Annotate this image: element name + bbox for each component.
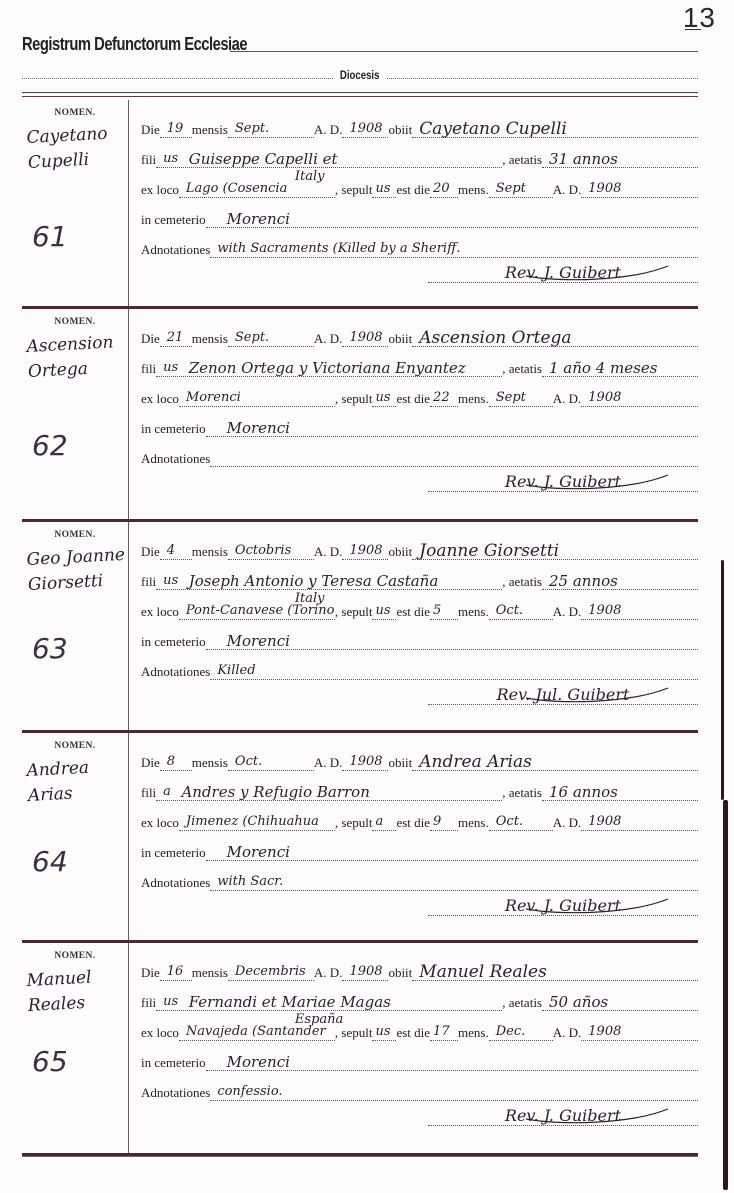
death-date-line: Die 21 mensis Sept. A. D. 1908 obiit Asc… [141, 327, 698, 347]
origin-place-field: Navajeda (SantanderEspaña [179, 1022, 335, 1041]
sepult-suffix-field: a [372, 812, 396, 831]
parents-line: fili us Guiseppe Capelli et , aetatis 31… [141, 148, 698, 168]
handwritten-mensis: Octobris [231, 543, 291, 559]
parents-line: fili a Andres y Refugio Barron , aetatis… [141, 781, 698, 801]
handwritten-fili-suffix: us [159, 573, 178, 589]
sepult-suffix-field: us [372, 388, 396, 407]
entry-body: Die 19 mensis Sept. A. D. 1908 obiit Cay… [129, 100, 698, 306]
handwritten-sepultus-mens: Dec. [492, 1024, 526, 1040]
deceased-name-field: Cayetano Cupelli [412, 119, 698, 138]
handwritten-sepultus-die: 20 [433, 181, 450, 197]
death-date-line: Die 16 mensis Decembris A. D. 1908 obiit… [141, 961, 698, 981]
ad-label: A. D. [314, 329, 343, 347]
handwritten-sepultus-mens: Sept [492, 390, 526, 406]
parents-line: fili us Fernandi et Mariae Magas , aetat… [141, 991, 698, 1011]
entry-body: Die 16 mensis Decembris A. D. 1908 obiit… [129, 943, 698, 1153]
bottom-rule [22, 1156, 698, 1157]
deceased-name-field: Joanne Giorsetti [412, 541, 698, 560]
handwritten-adnotationes: confessio. [213, 1084, 282, 1100]
handwritten-mensis: Oct. [231, 754, 262, 770]
handwritten-sepultus-die: 22 [433, 390, 450, 406]
handwritten-ex-loco: Lago (Cosencia [182, 181, 287, 197]
est-die-label: est die [396, 389, 430, 407]
in-cemeterio-label: in cemeterio [141, 419, 206, 437]
age-field: 31 annos [542, 149, 698, 168]
cemetery-field: Morenci [206, 1052, 698, 1071]
mensis-label: mensis [192, 542, 228, 560]
burial-day-field: 20 [430, 179, 458, 198]
ex-loco-label: ex loco [141, 602, 179, 620]
entry-number: 65 [32, 1045, 68, 1078]
diocese-row: Diocesis [22, 68, 698, 82]
nomen-label: NOMEN. [22, 317, 128, 327]
handwritten-cemeterio: Morenci [209, 420, 290, 436]
handwritten-anno: 1908 [345, 543, 382, 559]
signature-flourish-icon [518, 461, 678, 493]
handwritten-sepultus-mens: Oct. [492, 603, 523, 619]
sepult-label: sepult [341, 389, 372, 407]
adnotationes-label: Adnotationes [141, 1083, 210, 1101]
cemetery-field: Morenci [206, 418, 698, 437]
handwritten-sepult-suffix: us [375, 390, 390, 406]
burial-year-field: 1908 [581, 601, 698, 620]
handwritten-anno: 1908 [345, 964, 382, 980]
cemetery-field: Morenci [206, 209, 698, 228]
diocese-label: Diocesis [339, 68, 382, 82]
ad-label-2: A. D. [553, 602, 582, 620]
ad-label: A. D. [314, 963, 343, 981]
handwritten-sepultus-anno: 1908 [584, 390, 621, 406]
cemetery-field: Morenci [206, 631, 698, 650]
sepult-label: sepult [341, 1023, 372, 1041]
parents-line: fili us Joseph Antonio y Teresa Castaña … [141, 570, 698, 590]
handwritten-cemeterio: Morenci [209, 211, 290, 227]
burial-month-field: Sept [489, 179, 553, 198]
handwritten-anno: 1908 [345, 754, 382, 770]
handwritten-adnotationes: with Sacr. [213, 874, 283, 890]
mens-label: mens. [458, 180, 489, 198]
handwritten-die: 19 [163, 121, 184, 137]
cemetery-line: in cemeterio Morenci [141, 841, 698, 861]
parents-field: us Fernandi et Mariae Magas [156, 992, 502, 1011]
death-year-field: 1908 [342, 119, 388, 138]
handwritten-die: 4 [163, 543, 175, 559]
nomen-column: NOMEN. Ascension Ortega 62 [22, 309, 129, 519]
cemetery-line: in cemeterio Morenci [141, 1051, 698, 1071]
adnotationes-label: Adnotationes [141, 449, 210, 467]
mens-label: mens. [458, 1023, 489, 1041]
age-field: 25 annos [542, 571, 698, 590]
page-edge-stain [721, 560, 724, 800]
handwritten-sepultus-die: 9 [433, 814, 441, 830]
est-die-label: est die [396, 1023, 430, 1041]
nomen-column: NOMEN. Cayetano Cupelli 61 [22, 100, 129, 306]
entry-body: Die 4 mensis Octobris A. D. 1908 obiit J… [129, 522, 698, 730]
est-die-label: est die [396, 602, 430, 620]
mensis-label: mensis [192, 963, 228, 981]
origin-burial-line: ex loco Morenci , sepult us est die 22 m… [141, 387, 698, 407]
death-month-field: Sept. [228, 119, 314, 138]
register-title-row: Registrum Defunctorum Ecclesiae [22, 34, 698, 55]
deceased-name-field: Manuel Reales [412, 962, 698, 981]
sepult-suffix-field: us [372, 179, 396, 198]
death-month-field: Octobris [228, 541, 314, 560]
handwritten-aetatis: 50 años [545, 994, 608, 1010]
burial-year-field: 1908 [581, 388, 698, 407]
entry-number: 64 [32, 845, 68, 878]
mensis-label: mensis [192, 120, 228, 138]
handwritten-sepultus-anno: 1908 [584, 1024, 621, 1040]
signature-flourish-icon [518, 252, 678, 284]
fili-label: fili [141, 993, 156, 1011]
register-entry: NOMEN. Cayetano Cupelli 61 Die 19 mensis… [22, 100, 698, 309]
handwritten-fili-suffix: us [159, 151, 178, 167]
origin-country-note: Italy [291, 169, 325, 185]
obiit-label: obiit [388, 963, 412, 981]
in-cemeterio-label: in cemeterio [141, 843, 206, 861]
mensis-label: mensis [192, 329, 228, 347]
handwritten-obiit: Ascension Ortega [415, 330, 571, 346]
parents-line: fili us Zenon Ortega y Victoriana Enyant… [141, 357, 698, 377]
handwritten-parents: Guiseppe Capelli et [185, 151, 338, 167]
origin-country-note: España [291, 1012, 343, 1028]
handwritten-sepult-suffix: us [375, 1024, 390, 1040]
est-die-label: est die [396, 813, 430, 831]
handwritten-fili-suffix: a [159, 784, 171, 800]
handwritten-aetatis: 31 annos [545, 151, 618, 167]
handwritten-sepult-suffix: us [375, 181, 390, 197]
mens-label: mens. [458, 389, 489, 407]
diocese-fill-left [22, 78, 333, 79]
death-day-field: 19 [160, 119, 192, 138]
nomen-label: NOMEN. [22, 530, 128, 540]
handwritten-die: 8 [163, 754, 175, 770]
ex-loco-label: ex loco [141, 180, 179, 198]
origin-place-field: Pont-Canavese (TorinoItaly [179, 601, 335, 620]
handwritten-sepultus-mens: Oct. [492, 814, 523, 830]
handwritten-adnotationes: with Sacraments (Killed by a Sheriff. [213, 241, 460, 257]
handwritten-die: 21 [163, 330, 184, 346]
sepult-suffix-field: us [372, 601, 396, 620]
obiit-label: obiit [388, 329, 412, 347]
burial-year-field: 1908 [581, 1022, 698, 1041]
death-year-field: 1908 [342, 752, 388, 771]
nomen-name: Cayetano Cupelli [26, 121, 128, 176]
comma: , [335, 602, 338, 620]
handwritten-sepult-suffix: us [375, 603, 390, 619]
obiit-label: obiit [388, 753, 412, 771]
origin-place-field: Jimenez (Chihuahua [179, 812, 335, 831]
handwritten-parents: Zenon Ortega y Victoriana Enyantez [185, 360, 466, 376]
origin-burial-line: ex loco Lago (CosenciaItaly , sepult us … [141, 178, 698, 198]
nomen-column: NOMEN. Geo Joanne Giorsetti 63 [22, 522, 129, 730]
die-label: Die [141, 120, 160, 138]
burial-day-field: 22 [430, 388, 458, 407]
origin-burial-line: ex loco Jimenez (Chihuahua , sepult a es… [141, 811, 698, 831]
signature-flourish-icon [518, 1095, 678, 1127]
aetatis-label: , aetatis [502, 783, 542, 801]
entry-body: Die 21 mensis Sept. A. D. 1908 obiit Asc… [129, 309, 698, 519]
header-double-rule [22, 92, 698, 97]
handwritten-obiit: Manuel Reales [415, 964, 547, 980]
handwritten-sepultus-anno: 1908 [584, 603, 621, 619]
nomen-label: NOMEN. [22, 108, 128, 118]
aetatis-label: , aetatis [502, 993, 542, 1011]
comma: , [335, 389, 338, 407]
ex-loco-label: ex loco [141, 813, 179, 831]
handwritten-anno: 1908 [345, 330, 382, 346]
handwritten-sepultus-anno: 1908 [584, 814, 621, 830]
deceased-name-field: Andrea Arias [412, 752, 698, 771]
obiit-label: obiit [388, 542, 412, 560]
death-year-field: 1908 [342, 328, 388, 347]
handwritten-sepultus-anno: 1908 [584, 181, 621, 197]
priest-signature: Rev. J. Guibert [428, 469, 698, 492]
fili-label: fili [141, 783, 156, 801]
handwritten-fili-suffix: us [159, 994, 178, 1010]
handwritten-ex-loco: Morenci [182, 390, 241, 406]
aetatis-label: , aetatis [502, 150, 542, 168]
nomen-name: Geo Joanne Giorsetti [26, 543, 128, 598]
burial-year-field: 1908 [581, 812, 698, 831]
cemetery-line: in cemeterio Morenci [141, 208, 698, 228]
origin-burial-line: ex loco Navajeda (SantanderEspaña , sepu… [141, 1021, 698, 1041]
church-name-field [230, 50, 698, 52]
nomen-column: NOMEN. Manuel Reales 65 [22, 943, 129, 1153]
in-cemeterio-label: in cemeterio [141, 632, 206, 650]
die-label: Die [141, 542, 160, 560]
handwritten-sepultus-die: 5 [433, 603, 441, 619]
handwritten-fili-suffix: us [159, 360, 178, 376]
origin-place-field: Lago (CosenciaItaly [179, 179, 335, 198]
page-edge-stain-lower [723, 800, 728, 1190]
age-field: 16 annos [542, 782, 698, 801]
ad-label-2: A. D. [553, 389, 582, 407]
adnotationes-label: Adnotationes [141, 873, 210, 891]
est-die-label: est die [396, 180, 430, 198]
death-day-field: 4 [160, 541, 192, 560]
deceased-name-field: Ascension Ortega [412, 328, 698, 347]
die-label: Die [141, 753, 160, 771]
ad-label-2: A. D. [553, 1023, 582, 1041]
handwritten-aetatis: 25 annos [545, 573, 618, 589]
death-day-field: 16 [160, 962, 192, 981]
comma: , [335, 180, 338, 198]
fili-label: fili [141, 359, 156, 377]
register-entry: NOMEN. Geo Joanne Giorsetti 63 Die 4 men… [22, 522, 698, 733]
register-entry: NOMEN. Andrea Arias 64 Die 8 mensis Oct.… [22, 733, 698, 943]
signature-flourish-icon [518, 885, 678, 917]
death-month-field: Decembris [228, 962, 314, 981]
entry-number: 63 [32, 632, 68, 665]
age-field: 50 años [542, 992, 698, 1011]
cemetery-field: Morenci [206, 842, 698, 861]
handwritten-die: 16 [163, 964, 184, 980]
diocese-fill-right [387, 78, 698, 79]
ex-loco-label: ex loco [141, 389, 179, 407]
ad-label: A. D. [314, 120, 343, 138]
handwritten-mensis: Decembris [231, 964, 306, 980]
entry-number: 61 [32, 220, 68, 253]
comma: , [335, 813, 338, 831]
death-year-field: 1908 [342, 962, 388, 981]
origin-country-note: Italy [291, 591, 325, 607]
ex-loco-label: ex loco [141, 1023, 179, 1041]
register-title: Registrum Defunctorum Ecclesiae [22, 34, 194, 55]
handwritten-aetatis: 1 año 4 meses [545, 360, 657, 376]
mens-label: mens. [458, 602, 489, 620]
handwritten-cemeterio: Morenci [209, 844, 290, 860]
priest-signature: Rev. Jul. Guibert [428, 682, 698, 705]
priest-signature: Rev. J. Guibert [428, 1103, 698, 1126]
obiit-label: obiit [388, 120, 412, 138]
parents-field: us Joseph Antonio y Teresa Castaña [156, 571, 502, 590]
handwritten-ex-loco: Jimenez (Chihuahua [182, 814, 319, 830]
burial-month-field: Oct. [489, 812, 553, 831]
nomen-name: Andrea Arias [26, 754, 128, 809]
fili-label: fili [141, 572, 156, 590]
register-entry: NOMEN. Manuel Reales 65 Die 16 mensis De… [22, 943, 698, 1156]
burial-day-field: 17 [430, 1022, 458, 1041]
in-cemeterio-label: in cemeterio [141, 1053, 206, 1071]
death-date-line: Die 19 mensis Sept. A. D. 1908 obiit Cay… [141, 118, 698, 138]
ad-label: A. D. [314, 753, 343, 771]
death-day-field: 8 [160, 752, 192, 771]
parents-field: us Zenon Ortega y Victoriana Enyantez [156, 358, 502, 377]
origin-place-field: Morenci [179, 388, 335, 407]
aetatis-label: , aetatis [502, 572, 542, 590]
age-field: 1 año 4 meses [542, 358, 698, 377]
nomen-label: NOMEN. [22, 951, 128, 961]
handwritten-obiit: Cayetano Cupelli [415, 121, 567, 137]
handwritten-aetatis: 16 annos [545, 784, 618, 800]
handwritten-parents: Fernandi et Mariae Magas [185, 994, 391, 1010]
nomen-label: NOMEN. [22, 741, 128, 751]
sepult-label: sepult [341, 180, 372, 198]
death-day-field: 21 [160, 328, 192, 347]
handwritten-anno: 1908 [345, 121, 382, 137]
death-month-field: Oct. [228, 752, 314, 771]
burial-month-field: Dec. [489, 1022, 553, 1041]
ad-label-2: A. D. [553, 180, 582, 198]
death-date-line: Die 8 mensis Oct. A. D. 1908 obiit Andre… [141, 751, 698, 771]
burial-year-field: 1908 [581, 179, 698, 198]
nomen-column: NOMEN. Andrea Arias 64 [22, 733, 129, 940]
handwritten-mensis: Sept. [231, 330, 269, 346]
handwritten-mensis: Sept. [231, 121, 269, 137]
handwritten-sepultus-die: 17 [433, 1024, 450, 1040]
handwritten-cemeterio: Morenci [209, 633, 290, 649]
mensis-label: mensis [192, 753, 228, 771]
ad-label-2: A. D. [553, 813, 582, 831]
adnotationes-label: Adnotationes [141, 240, 210, 258]
page-number: 13 [683, 2, 716, 34]
handwritten-cemeterio: Morenci [209, 1054, 290, 1070]
parents-field: a Andres y Refugio Barron [156, 782, 502, 801]
handwritten-parents: Andres y Refugio Barron [177, 784, 369, 800]
handwritten-sepultus-mens: Sept [492, 181, 526, 197]
aetatis-label: , aetatis [502, 359, 542, 377]
burial-day-field: 5 [430, 601, 458, 620]
mens-label: mens. [458, 813, 489, 831]
nomen-name: Ascension Ortega [26, 330, 128, 385]
die-label: Die [141, 329, 160, 347]
register-entry: NOMEN. Ascension Ortega 62 Die 21 mensis… [22, 309, 698, 522]
death-date-line: Die 4 mensis Octobris A. D. 1908 obiit J… [141, 540, 698, 560]
burial-day-field: 9 [430, 812, 458, 831]
burial-month-field: Sept [489, 388, 553, 407]
entry-number: 62 [32, 429, 68, 462]
handwritten-obiit: Andrea Arias [415, 754, 532, 770]
ad-label: A. D. [314, 542, 343, 560]
sepult-label: sepult [341, 813, 372, 831]
handwritten-sepult-suffix: a [375, 814, 383, 830]
priest-signature: Rev. J. Guibert [428, 893, 698, 916]
sepult-suffix-field: us [372, 1022, 396, 1041]
adnotationes-label: Adnotationes [141, 662, 210, 680]
in-cemeterio-label: in cemeterio [141, 210, 206, 228]
death-year-field: 1908 [342, 541, 388, 560]
entry-body: Die 8 mensis Oct. A. D. 1908 obiit Andre… [129, 733, 698, 940]
sepult-label: sepult [341, 602, 372, 620]
signature-flourish-icon [518, 674, 678, 706]
handwritten-parents: Joseph Antonio y Teresa Castaña [185, 573, 439, 589]
cemetery-line: in cemeterio Morenci [141, 630, 698, 650]
burial-month-field: Oct. [489, 601, 553, 620]
handwritten-obiit: Joanne Giorsetti [415, 543, 559, 559]
priest-signature: Rev. J. Guibert [428, 260, 698, 283]
origin-burial-line: ex loco Pont-Canavese (TorinoItaly , sep… [141, 600, 698, 620]
parents-field: us Guiseppe Capelli et [156, 149, 502, 168]
death-month-field: Sept. [228, 328, 314, 347]
handwritten-adnotationes: Killed [213, 663, 255, 679]
nomen-name: Manuel Reales [26, 964, 128, 1019]
fili-label: fili [141, 150, 156, 168]
cemetery-line: in cemeterio Morenci [141, 417, 698, 437]
die-label: Die [141, 963, 160, 981]
